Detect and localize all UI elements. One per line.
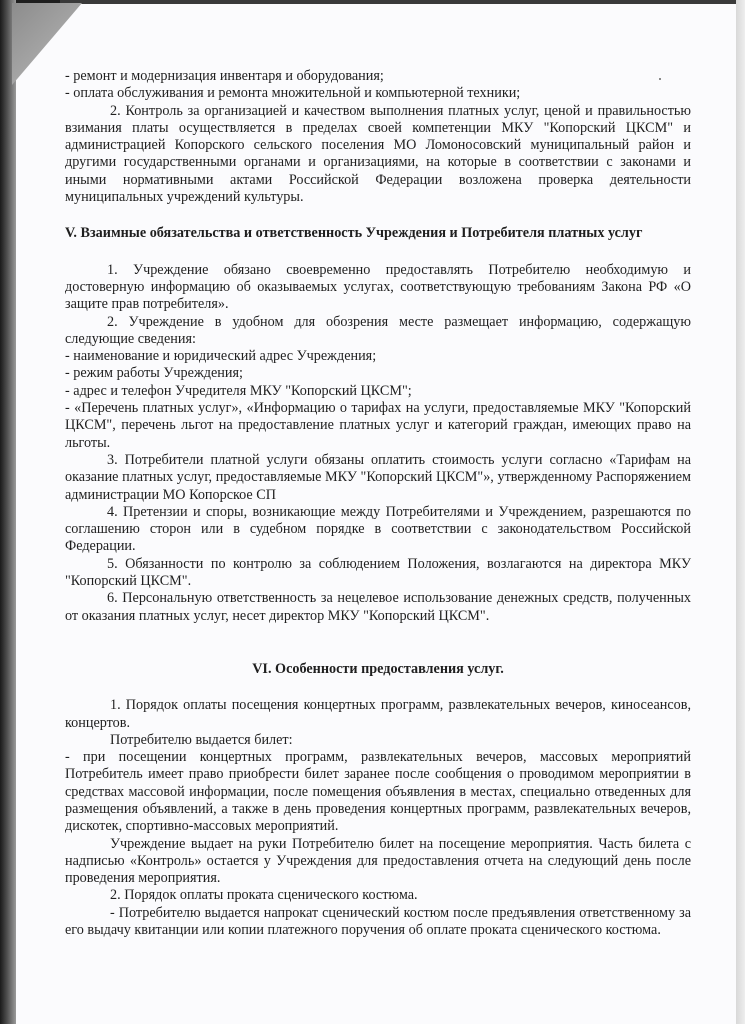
info-item: - «Перечень платных услуг», «Информацию … [65, 400, 691, 452]
intro-item: - оплата обслуживания и ремонта множител… [65, 85, 691, 102]
costume-item: - Потребителю выдается напрокат сценичес… [65, 905, 691, 940]
ticket-item: - при посещении концертных программ, раз… [65, 749, 691, 835]
info-item: - режим работы Учреждения; [65, 365, 691, 382]
top-scan-shadow [60, 0, 745, 4]
left-scan-shadow [0, 0, 16, 1024]
ticket-intro: Потребителю выдается билет: [65, 732, 691, 749]
section-gap [65, 625, 691, 661]
section-5-clause-6: 6. Персональную ответственность за нецел… [65, 590, 691, 625]
section-5-clause-3: 3. Потребители платной услуги обязаны оп… [65, 452, 691, 504]
section-5-heading: V. Взаимные обязательства и ответственно… [65, 225, 691, 242]
ticket-control: Учреждение выдает на руки Потребителю би… [65, 836, 691, 888]
section-5-clause-5: 5. Обязанности по контролю за соблюдение… [65, 556, 691, 591]
info-item: - адрес и телефон Учредителя МКУ "Копорс… [65, 383, 691, 400]
section-6-heading: VI. Особенности предоставления услуг. [65, 661, 691, 678]
section-5-clause-1: 1. Учреждение обязано своевременно предо… [65, 262, 691, 314]
section-6-clause-1: 1. Порядок оплаты посещения концертных п… [65, 697, 691, 732]
info-item: - наименование и юридический адрес Учреж… [65, 348, 691, 365]
document-body: - ремонт и модернизация инвентаря и обор… [65, 68, 691, 939]
control-clause: 2. Контроль за организацией и качеством … [65, 103, 691, 207]
section-5-clause-4: 4. Претензии и споры, возникающие между … [65, 504, 691, 556]
section-5-clause-2: 2. Учреждение в удобном для обозрения ме… [65, 314, 691, 349]
right-scan-edge [736, 0, 745, 1024]
intro-item: - ремонт и модернизация инвентаря и обор… [65, 68, 691, 85]
section-6-clause-2: 2. Порядок оплаты проката сценического к… [65, 887, 691, 904]
